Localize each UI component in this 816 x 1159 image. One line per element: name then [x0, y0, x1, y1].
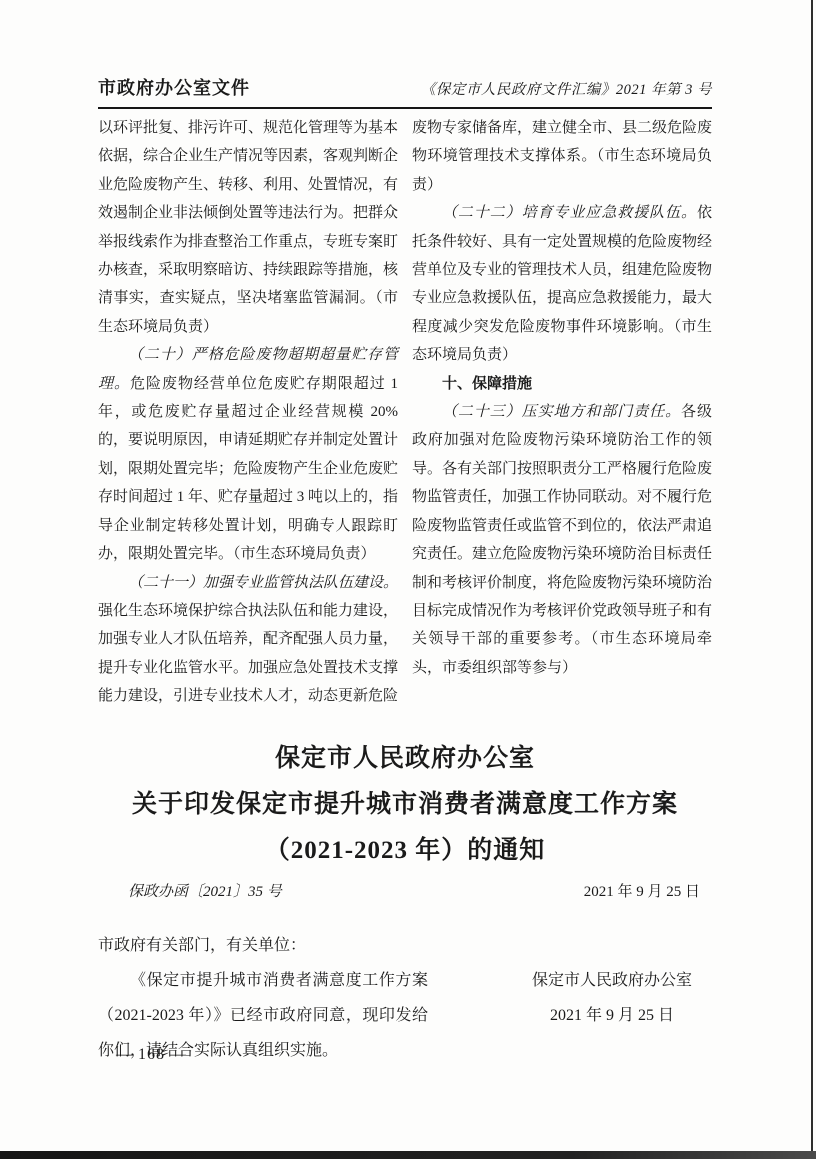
two-column-body: 以环评批复、排污许可、规范化管理等为基本依据，综合企业生产情况等因素，客观判断企…: [98, 114, 712, 716]
numbered-item-paragraph: （二十一）加强专业监管执法队伍建设。强化生态环境保护综合执法队伍和能力建设，加强…: [98, 569, 398, 711]
numbered-item-paragraph: （二十）严格危险废物超期超量贮存管理。危险废物经营单位危废贮存期限超过 1 年，…: [98, 341, 398, 568]
item-lead: （二十）严格危险废物超期超量贮存管理。: [98, 347, 398, 391]
document-number: 保政办函〔2021〕35 号: [98, 880, 282, 901]
item-lead: （二十二）培育专业应急救援队伍。: [442, 205, 697, 221]
continuation-paragraph: 废物专家储备库，建立健全市、县二级危险废物环境管理技术支撑体系。（市生态环境局负…: [412, 114, 712, 199]
notice-flex-row: 《保定市提升城市消费者满意度工作方案（2021-2023 年）》已经市政府同意，…: [98, 963, 712, 1068]
signature-signer: 保定市人民政府办公室: [512, 963, 712, 998]
signature-block: 保定市人民政府办公室 2021 年 9 月 25 日: [512, 963, 712, 1033]
scan-page-edge-right: [811, 0, 813, 1151]
numbered-item-paragraph: （二十二）培育专业应急救援队伍。依托条件较好、具有一定处置规模的危险废物经营单位…: [412, 199, 712, 369]
section-heading: 十、保障措施: [412, 370, 712, 398]
right-column: 废物专家储备库，建立健全市、县二级危险废物环境管理技术支撑体系。（市生态环境局负…: [412, 114, 712, 716]
notice-title-line1: 保定市人民政府办公室: [98, 736, 712, 782]
item-lead: （二十一）加强专业监管执法队伍建设。: [128, 575, 398, 591]
document-date: 2021 年 9 月 25 日: [584, 880, 712, 901]
page-number: — 168 —: [116, 1046, 187, 1064]
item-lead: （二十三）压实地方和部门责任。: [442, 404, 681, 420]
signature-date: 2021 年 9 月 25 日: [512, 998, 712, 1033]
notice-title-block: 保定市人民政府办公室 关于印发保定市提升城市消费者满意度工作方案 （2021-2…: [98, 736, 712, 874]
numbered-item-paragraph: （二十三）压实地方和部门责任。各级政府加强对危险废物污染环境防治工作的领导。各有…: [412, 398, 712, 682]
document-page: 市政府办公室文件 《保定市人民政府文件汇编》2021 年第 3 号 以环评批复、…: [0, 0, 816, 1159]
document-header: 市政府办公室文件 《保定市人民政府文件汇编》2021 年第 3 号: [98, 74, 712, 109]
continuation-paragraph: 以环评批复、排污许可、规范化管理等为基本依据，综合企业生产情况等因素，客观判断企…: [98, 114, 398, 341]
left-column: 以环评批复、排污许可、规范化管理等为基本依据，综合企业生产情况等因素，客观判断企…: [98, 114, 398, 716]
masthead-title: 市政府办公室文件: [98, 74, 250, 100]
notice-section: 市政府有关部门，有关单位： 《保定市提升城市消费者满意度工作方案（2021-20…: [98, 928, 712, 1068]
notice-title-line3: （2021-2023 年）的通知: [98, 828, 712, 874]
compilation-reference: 《保定市人民政府文件汇编》2021 年第 3 号: [421, 78, 712, 99]
notice-title-line2: 关于印发保定市提升城市消费者满意度工作方案: [98, 782, 712, 828]
document-number-row: 保政办函〔2021〕35 号 2021 年 9 月 25 日: [98, 880, 712, 901]
scan-page-edge-bottom: [0, 1151, 816, 1159]
notice-salutation: 市政府有关部门，有关单位：: [98, 928, 712, 963]
